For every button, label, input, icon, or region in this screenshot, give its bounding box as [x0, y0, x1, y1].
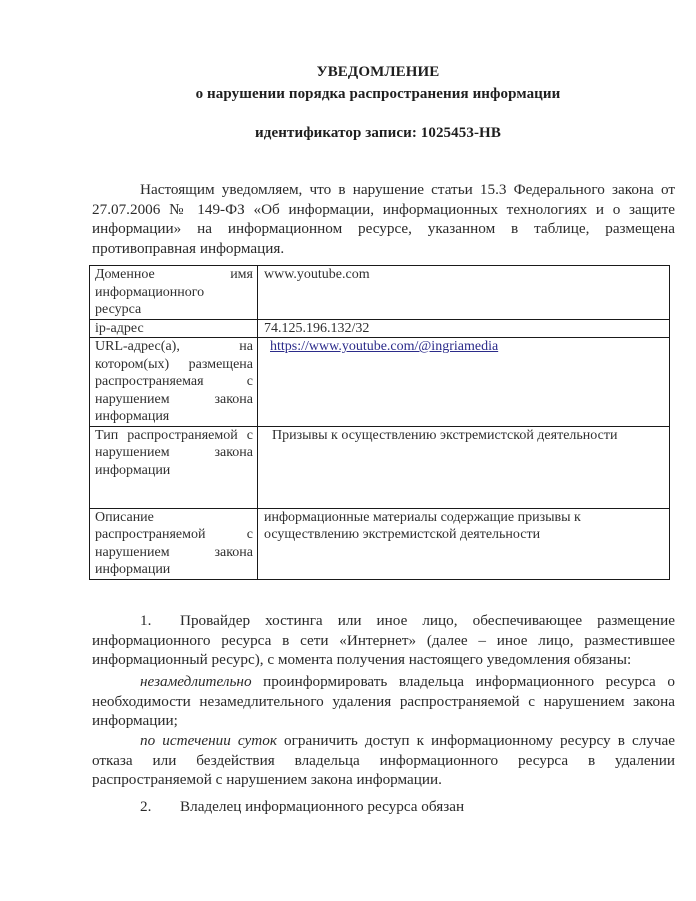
row-label-ip: ip-адрес: [90, 319, 258, 338]
list-item-2: 2.Владелец информационного ресурса обяза…: [92, 797, 675, 817]
row-value-domain: www.youtube.com: [258, 266, 670, 320]
row-value-ip: 74.125.196.132/32: [258, 319, 670, 338]
violation-table: Доменное имя информационного ресурса www…: [89, 265, 670, 580]
list-item-number: 1.: [140, 611, 180, 631]
list-item-text: Провайдер хостинга или иное лицо, обеспе…: [92, 612, 675, 668]
list-item-number: 2.: [140, 797, 180, 817]
obligation-emphasis: незамедлительно: [140, 673, 252, 690]
table-row: Описание распространяемой с нарушением з…: [90, 508, 670, 579]
table-row: URL-адрес(а), на котором(ых) размещена р…: [90, 338, 670, 427]
document-title: УВЕДОМЛЕНИЕ: [30, 64, 696, 81]
document-subtitle: о нарушении порядка распространения инфо…: [30, 86, 696, 103]
row-label-url: URL-адрес(а), на котором(ых) размещена р…: [90, 338, 258, 427]
table-row: Тип распространяемой с нарушением закона…: [90, 426, 670, 508]
type-value-text: Призывы к осуществлению экстремистской д…: [272, 428, 617, 443]
row-value-type: Призывы к осуществлению экстремистской д…: [258, 426, 670, 508]
table-row: ip-адрес 74.125.196.132/32: [90, 319, 670, 338]
row-value-description: информационные материалы содержащие приз…: [258, 508, 670, 579]
record-id: идентификатор записи: 1025453-НВ: [30, 125, 696, 142]
url-link[interactable]: https://www.youtube.com/@ingriamedia: [270, 339, 498, 354]
table-row: Доменное имя информационного ресурса www…: [90, 266, 670, 320]
list-item-1: 1.Провайдер хостинга или иное лицо, обес…: [92, 611, 675, 670]
intro-paragraph: Настоящим уведомляем, что в нарушение ст…: [92, 180, 675, 258]
row-label-domain: Доменное имя информационного ресурса: [90, 266, 258, 320]
obligation-emphasis: по истечении суток: [140, 732, 277, 749]
obligation-2: по истечении суток ограничить доступ к и…: [92, 731, 675, 790]
row-label-type: Тип распространяемой с нарушением закона…: [90, 426, 258, 508]
obligation-1: незамедлительно проинформировать владель…: [92, 672, 675, 731]
row-value-url: https://www.youtube.com/@ingriamedia: [258, 338, 670, 427]
list-item-text: Владелец информационного ресурса обязан: [180, 798, 464, 815]
row-label-description: Описание распространяемой с нарушением з…: [90, 508, 258, 579]
